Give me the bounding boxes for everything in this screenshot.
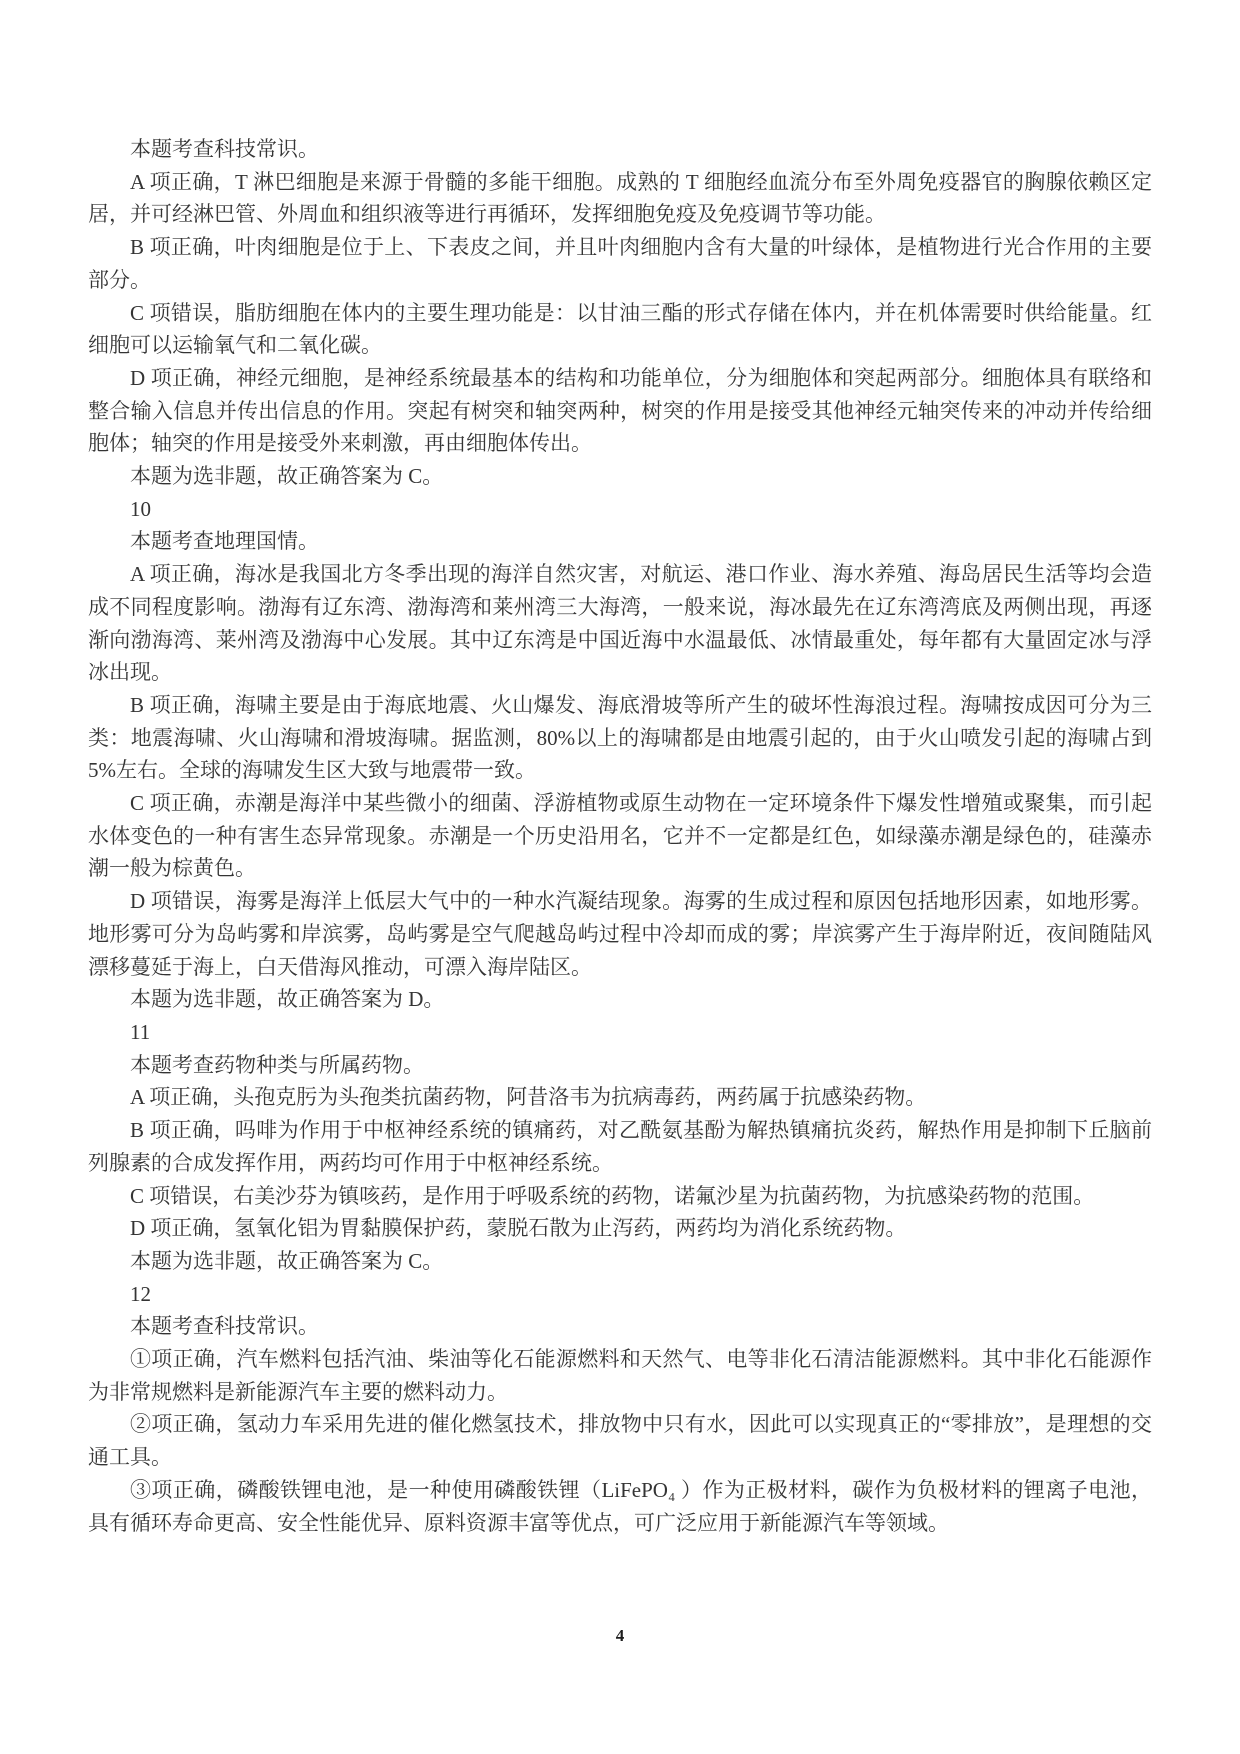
paragraph: C 项错误，右美沙芬为镇咳药，是作用于呼吸系统的药物，诺氟沙星为抗菌药物，为抗感… — [88, 1180, 1152, 1213]
paragraph: 本题考查地理国情。 — [88, 525, 1152, 558]
paragraph: A 项正确，头孢克肟为头孢类抗菌药物，阿昔洛韦为抗病毒药，两药属于抗感染药物。 — [88, 1081, 1152, 1114]
paragraph: D 项正确，神经元细胞，是神经系统最基本的结构和功能单位，分为细胞体和突起两部分… — [88, 362, 1152, 460]
paragraph: 本题考查科技常识。 — [88, 1310, 1152, 1343]
paragraph: D 项正确，氢氧化铝为胃黏膜保护药，蒙脱石散为止泻药，两药均为消化系统药物。 — [88, 1212, 1152, 1245]
answer-line: 本题为选非题，故正确答案为 C。 — [88, 460, 1152, 493]
section-number: 10 — [88, 493, 1152, 526]
paragraph: ②项正确，氢动力车采用先进的催化燃氢技术，排放物中只有水，因此可以实现真正的“零… — [88, 1408, 1152, 1473]
section-number: 12 — [88, 1278, 1152, 1311]
paragraph: B 项正确，叶肉细胞是位于上、下表皮之间，并且叶肉细胞内含有大量的叶绿体，是植物… — [88, 231, 1152, 296]
answer-line: 本题为选非题，故正确答案为 D。 — [88, 983, 1152, 1016]
paragraph: ③项正确，磷酸铁锂电池，是一种使用磷酸铁锂（LiFePO₄ ）作为正极材料，碳作… — [88, 1474, 1152, 1539]
document-page: 本题考查科技常识。 A 项正确，T 淋巴细胞是来源于骨髓的多能干细胞。成熟的 T… — [0, 0, 1240, 1754]
section-number: 11 — [88, 1016, 1152, 1049]
answer-line: 本题为选非题，故正确答案为 C。 — [88, 1245, 1152, 1278]
page-footer: 4 — [0, 1626, 1240, 1646]
paragraph: A 项正确，海冰是我国北方冬季出现的海洋自然灾害，对航运、港口作业、海水养殖、海… — [88, 558, 1152, 689]
paragraph: 本题考查药物种类与所属药物。 — [88, 1049, 1152, 1082]
paragraph: C 项正确，赤潮是海洋中某些微小的细菌、浮游植物或原生动物在一定环境条件下爆发性… — [88, 787, 1152, 885]
paragraph: ①项正确，汽车燃料包括汽油、柴油等化石能源燃料和天然气、电等非化石清洁能源燃料。… — [88, 1343, 1152, 1408]
paragraph: D 项错误，海雾是海洋上低层大气中的一种水汽凝结现象。海雾的生成过程和原因包括地… — [88, 885, 1152, 983]
paragraph: A 项正确，T 淋巴细胞是来源于骨髓的多能干细胞。成熟的 T 细胞经血流分布至外… — [88, 166, 1152, 231]
document-body: 本题考查科技常识。 A 项正确，T 淋巴细胞是来源于骨髓的多能干细胞。成熟的 T… — [88, 133, 1152, 1539]
paragraph: C 项错误，脂肪细胞在体内的主要生理功能是：以甘油三酯的形式存储在体内，并在机体… — [88, 297, 1152, 362]
paragraph: B 项正确，海啸主要是由于海底地震、火山爆发、海底滑坡等所产生的破坏性海浪过程。… — [88, 689, 1152, 787]
paragraph: B 项正确，吗啡为作用于中枢神经系统的镇痛药，对乙酰氨基酚为解热镇痛抗炎药，解热… — [88, 1114, 1152, 1179]
paragraph: 本题考查科技常识。 — [88, 133, 1152, 166]
page-number: 4 — [616, 1626, 625, 1645]
